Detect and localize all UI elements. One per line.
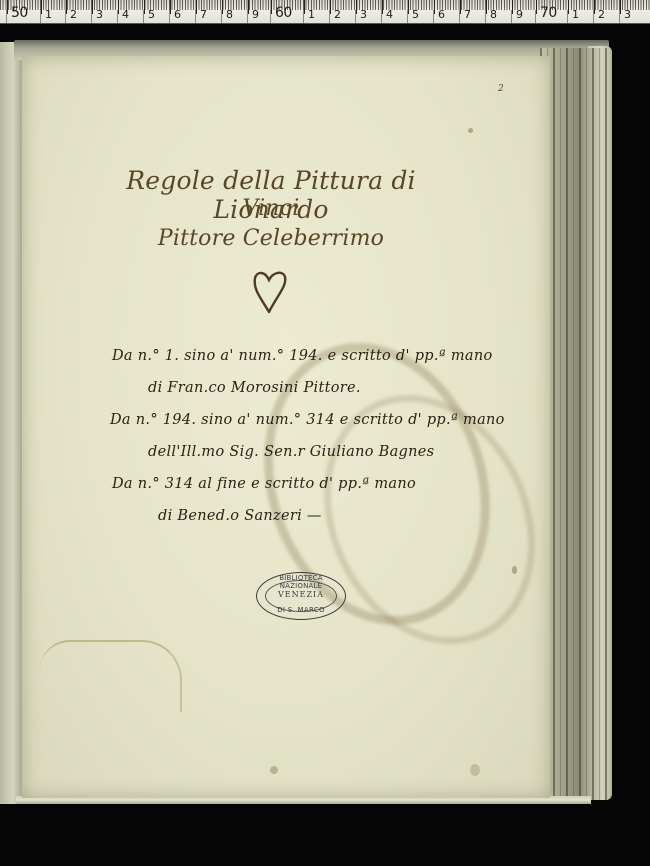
ruler-label: 2 [598,9,605,21]
stamp-bottom-text: DI S. MARCO [257,606,345,614]
ruler-major-tick [568,0,569,14]
note-line-5: Da n.° 314 al fine e scritto d' pp.ª man… [112,476,416,492]
note-line-3: Da n.° 194. sino a' num.° 314 e scritto … [110,412,505,428]
ruler-label: 70 [540,7,557,19]
ruler-label: 1 [572,9,579,21]
ruler-major-tick [196,0,197,14]
folio-number: 2 [498,84,504,94]
ruler-label: 3 [360,9,367,21]
ruler-label: 50 [11,7,28,19]
ruler-major-tick [304,0,305,14]
ruler-label: 60 [275,7,292,19]
ruler-label: 9 [252,9,259,21]
ruler-major-tick [7,0,8,14]
ruler-label: 1 [308,9,315,21]
ruler-label: 8 [226,9,233,21]
ruler-major-tick [170,0,171,14]
water-damage-edge [40,640,182,712]
stain-spot [470,764,480,776]
ruler-major-tick [222,0,223,14]
note-line-2: di Fran.co Morosini Pittore. [148,380,361,396]
left-board-edge [0,42,24,804]
ruler-major-tick [620,0,621,14]
ruler-major-tick [144,0,145,14]
title-line-3: Pittore Celeberrimo [96,226,446,251]
ruler-major-tick [382,0,383,14]
page-stack-edge [540,48,610,800]
stain-spot [512,566,517,574]
ruler-label: 4 [386,9,393,21]
ruler-label: 2 [70,9,77,21]
measuring-ruler: 501234567896012345678970123 [0,0,650,24]
ruler-label: 3 [96,9,103,21]
ruler-major-tick [92,0,93,14]
ruler-label: 7 [464,9,471,21]
ruler-label: 2 [334,9,341,21]
ruler-major-tick [486,0,487,14]
ruler-label: 5 [412,9,419,21]
ruler-label: 5 [148,9,155,21]
manuscript-scan: 501234567896012345678970123 2 Regole del… [0,0,650,866]
library-stamp: BIBLIOTECA NAZIONALE VENEZIA DI S. MARCO [256,572,346,620]
ruler-major-tick [512,0,513,14]
ruler-major-tick [594,0,595,14]
stain-spot [270,766,278,774]
heart-ornament-icon [251,268,291,314]
note-line-1: Da n.° 1. sino a' num.° 194. e scritto d… [112,348,493,364]
stamp-top-text: BIBLIOTECA NAZIONALE [257,574,345,590]
ruler-major-tick [118,0,119,14]
ruler-major-tick [271,0,272,14]
ruler-label: 6 [174,9,181,21]
ruler-major-tick [330,0,331,14]
ruler-major-tick [408,0,409,14]
ruler-label: 1 [45,9,52,21]
ruler-label: 7 [200,9,207,21]
note-line-6: di Bened.o Sanzeri — [158,508,322,524]
ruler-major-tick [536,0,537,14]
title-line-2: Vinci [96,196,446,221]
ruler-label: 4 [122,9,129,21]
stain-spot [468,128,473,133]
ruler-label: 9 [516,9,523,21]
ruler-label: 6 [438,9,445,21]
ruler-major-tick [66,0,67,14]
note-line-4: dell'Ill.mo Sig. Sen.r Giuliano Bagnes [148,444,434,460]
ruler-label: 3 [624,9,631,21]
ruler-major-tick [460,0,461,14]
ruler-major-tick [248,0,249,14]
stamp-city-text: VENEZIA [257,590,345,599]
ruler-major-tick [356,0,357,14]
ruler-label: 8 [490,9,497,21]
ruler-major-tick [434,0,435,14]
ruler-major-tick [41,0,42,14]
